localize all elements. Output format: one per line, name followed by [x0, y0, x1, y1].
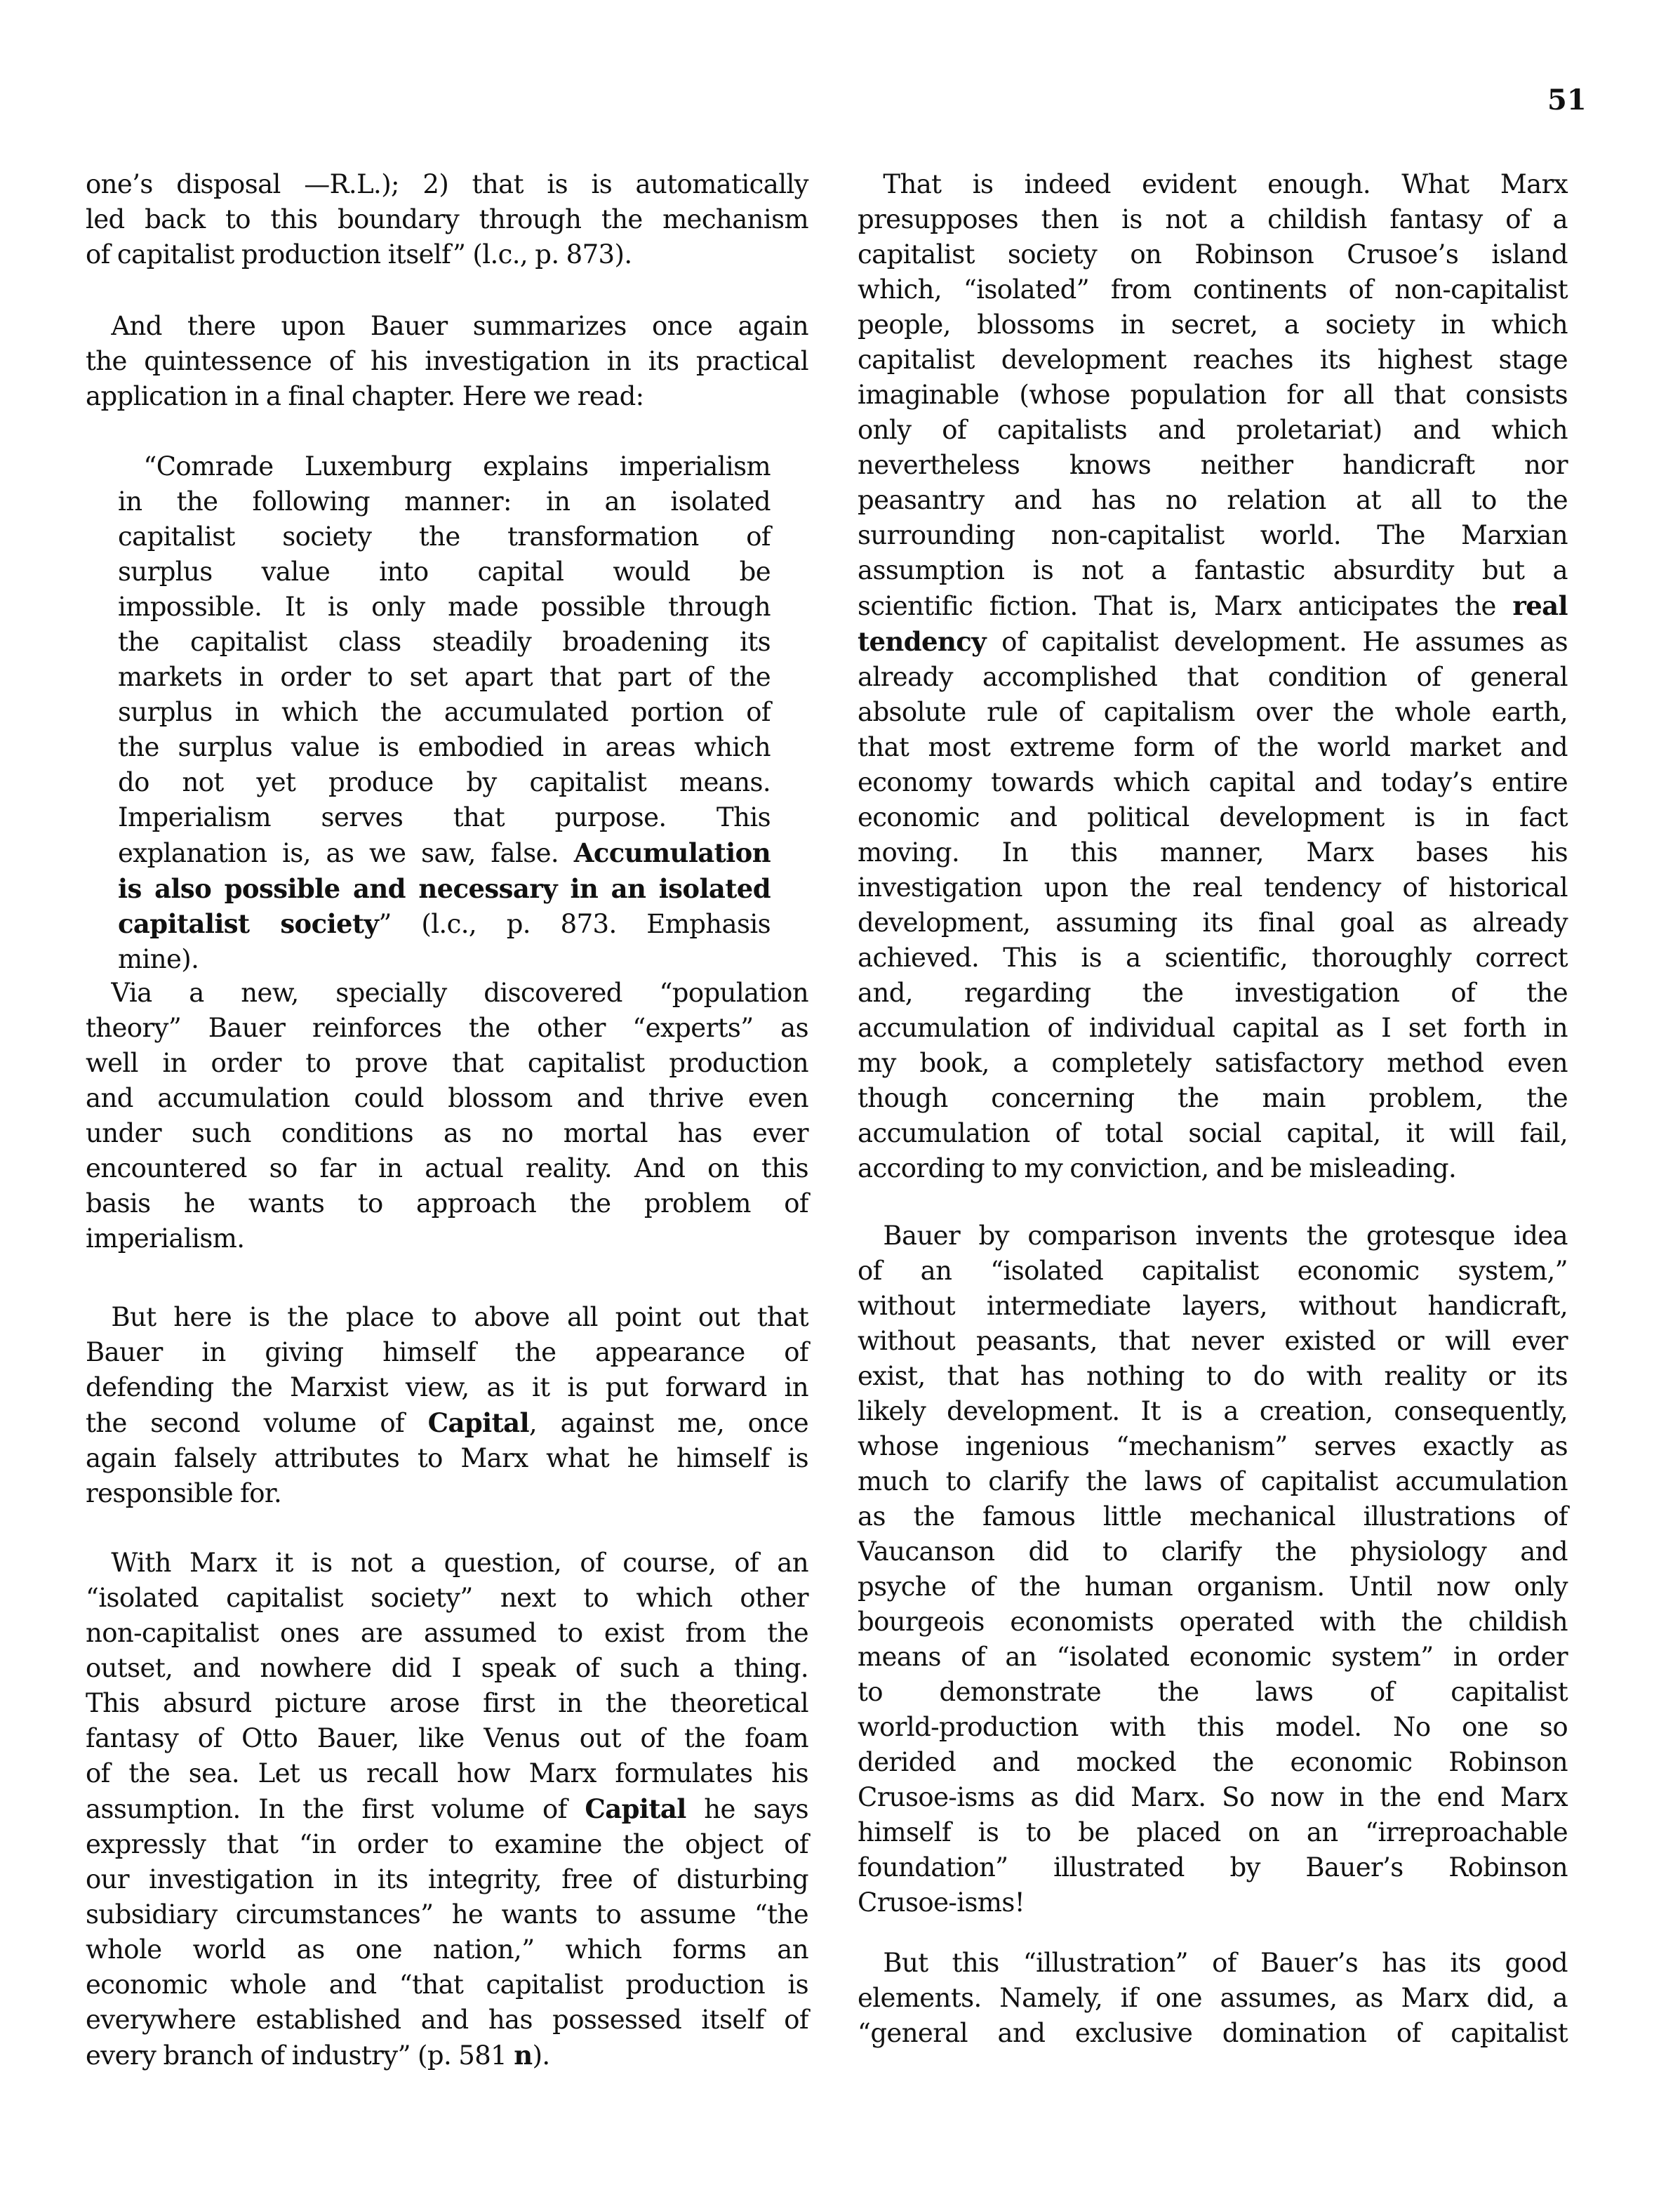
emphasis-line: is also possible and necessary in an iso…	[118, 871, 771, 906]
text-line: imaginable (whose population for all tha…	[858, 378, 1568, 413]
paragraph-grotesque-idea: Bauer by comparison invents the grotesqu…	[858, 1219, 1568, 1920]
text-line: world-production with this model. No one…	[858, 1710, 1568, 1745]
text-segment: , against me, once	[529, 1408, 808, 1438]
text-line: peasantry and has no relation at all to …	[858, 483, 1568, 518]
text-line: of an “isolated capitalist economic syst…	[858, 1254, 1568, 1289]
emphasis: tendency	[858, 626, 986, 657]
text-line: theory” Bauer reinforces the other “expe…	[86, 1011, 808, 1046]
text-line: Crusoe-isms!	[858, 1885, 1568, 1920]
text-line: do not yet produce by capitalist means.	[118, 765, 771, 800]
text-line: development, assuming its final goal as …	[858, 905, 1568, 941]
text-line: which, “isolated” from continents of non…	[858, 272, 1568, 307]
text-line: economy towards which capital and today’…	[858, 765, 1568, 800]
text-line: elements. Namely, if one assumes, as Mar…	[858, 1981, 1568, 2016]
text-line: himself is to be placed on an “irreproac…	[858, 1815, 1568, 1850]
text-line: outset, and nowhere did I speak of such …	[86, 1651, 808, 1686]
text-line: much to clarify the laws of capitalist a…	[858, 1464, 1568, 1499]
text-line: non-capitalist ones are assumed to exist…	[86, 1616, 808, 1651]
text-line: surrounding non-capitalist world. The Ma…	[858, 518, 1568, 553]
text-line: the surplus value is embodied in areas w…	[118, 730, 771, 765]
emphasis-capital: Capital	[428, 1407, 529, 1438]
text-line: capitalist society on Robinson Crusoe’s …	[858, 237, 1568, 272]
text-line: responsible for.	[86, 1476, 808, 1511]
text-line: and accumulation could blossom and thriv…	[86, 1081, 808, 1116]
text-line: as the famous little mechanical illustra…	[858, 1499, 1568, 1534]
paragraph-disposal: one’s disposal —R.L.); 2) that is is aut…	[86, 167, 808, 272]
text-line: explanation is, as we saw, false. Accumu…	[118, 835, 771, 871]
text-line: that most extreme form of the world mark…	[858, 730, 1568, 765]
text-line: markets in order to set apart that part …	[118, 660, 771, 695]
paragraph-population-theory: Via a new, specially discovered “populat…	[86, 976, 808, 1256]
text-line: economic and political development is in…	[858, 800, 1568, 835]
text-line: already accomplished that condition of g…	[858, 660, 1568, 695]
text-line: presupposes then is not a childish fanta…	[858, 202, 1568, 237]
text-line: of capitalist production itself” (l.c., …	[86, 237, 808, 272]
text-line: one’s disposal —R.L.); 2) that is is aut…	[86, 167, 808, 202]
text-line: Via a new, specially discovered “populat…	[86, 976, 808, 1011]
text-line: mine).	[118, 942, 771, 977]
text-line: likely development. It is a creation, co…	[858, 1394, 1568, 1429]
text-line: led back to this boundary through the me…	[86, 202, 808, 237]
text-line: capitalist society” (l.c., p. 873. Empha…	[118, 906, 771, 942]
text-segment: of capitalist development. He assumes as	[1001, 627, 1568, 657]
text-line: accumulation of total social capital, it…	[858, 1116, 1568, 1151]
emphasis: real	[1512, 590, 1568, 621]
text-line: fantasy of Otto Bauer, like Venus out of…	[86, 1721, 808, 1756]
text-line: investigation upon the real tendency of …	[858, 870, 1568, 905]
text-line: according to my conviction, and be misle…	[858, 1151, 1568, 1186]
text-line: foundation” illustrated by Bauer’s Robin…	[858, 1850, 1568, 1885]
text-line: accumulation of individual capital as I …	[858, 1011, 1568, 1046]
paragraph-evident-enough: That is indeed evident enough. What Marx…	[858, 167, 1568, 1186]
text-line: surplus in which the accumulated portion…	[118, 695, 771, 730]
text-line: surplus value into capital would be	[118, 555, 771, 590]
text-line: the capitalist class steadily broadening…	[118, 625, 771, 660]
text-line: though concerning the main problem, the	[858, 1081, 1568, 1116]
text-line: Imperialism serves that purpose. This	[118, 800, 771, 835]
text-line: scientific fiction. That is, Marx antici…	[858, 588, 1568, 624]
text-line: defending the Marxist view, as it is put…	[86, 1370, 808, 1405]
text-line: assumption is not a fantastic absurdity …	[858, 553, 1568, 588]
text-line: This absurd picture arose first in the t…	[86, 1686, 808, 1721]
text-line: subsidiary circumstances” he wants to as…	[86, 1897, 808, 1932]
emphasis: capitalist society	[118, 908, 378, 939]
emphasis: Accumulation	[574, 837, 771, 868]
text-line: But here is the place to above all point…	[86, 1300, 808, 1335]
text-line: Bauer in giving himself the appearance o…	[86, 1335, 808, 1370]
text-line: “isolated capitalist society” next to wh…	[86, 1581, 808, 1616]
text-line: our investigation in its integrity, free…	[86, 1862, 808, 1897]
text-line: economic whole and “that capitalist prod…	[86, 1967, 808, 2003]
text-line: every branch of industry” (p. 581 n).	[86, 2038, 808, 2073]
text-line: That is indeed evident enough. What Marx	[858, 167, 1568, 202]
text-line: of the sea. Let us recall how Marx formu…	[86, 1756, 808, 1791]
text-line: without intermediate layers, without han…	[858, 1289, 1568, 1324]
text-line: capitalist society the transformation of	[118, 519, 771, 555]
text-line: Crusoe-isms as did Marx. So now in the e…	[858, 1780, 1568, 1815]
text-line: to demonstrate the laws of capitalist	[858, 1675, 1568, 1710]
page-number: 51	[1547, 83, 1587, 118]
text-line: everywhere established and has possessed…	[86, 2003, 808, 2038]
emphasis-n: n	[514, 2040, 532, 2071]
text-line: my book, a completely satisfactory metho…	[858, 1046, 1568, 1081]
text-segment: every branch of industry” (p. 581	[86, 2040, 514, 2071]
text-line: only of capitalists and proletariat) and…	[858, 413, 1568, 448]
text-line: “general and exclusive domination of cap…	[858, 2016, 1568, 2051]
text-line: assumption. In the first volume of Capit…	[86, 1791, 808, 1827]
text-line: achieved. This is a scientific, thorough…	[858, 941, 1568, 976]
text-segment: the second volume of	[86, 1408, 428, 1438]
emphasis-capital: Capital	[585, 1793, 686, 1824]
text-segment: ” (l.c., p. 873. Emphasis	[378, 909, 771, 939]
text-line: nevertheless knows neither handicraft no…	[858, 448, 1568, 483]
text-line: absolute rule of capitalism over the who…	[858, 695, 1568, 730]
text-segment: he says	[686, 1794, 808, 1824]
text-line: expressly that “in order to examine the …	[86, 1827, 808, 1862]
paragraph-but-here: But here is the place to above all point…	[86, 1300, 808, 1511]
text-segment: assumption. In the first volume of	[86, 1794, 585, 1824]
text-line: and, regarding the investigation of the	[858, 976, 1568, 1011]
text-line: With Marx it is not a question, of cours…	[86, 1546, 808, 1581]
text-segment: explanation is, as we saw, false.	[118, 838, 559, 868]
text-line: people, blossoms in secret, a society in…	[858, 307, 1568, 343]
text-line: without peasants, that never existed or …	[858, 1324, 1568, 1359]
text-line: encountered so far in actual reality. An…	[86, 1151, 808, 1186]
text-line: basis he wants to approach the problem o…	[86, 1186, 808, 1221]
paragraph-with-marx: With Marx it is not a question, of cours…	[86, 1546, 808, 2073]
text-line: “Comrade Luxemburg explains imperialism	[118, 449, 771, 484]
text-line: in the following manner: in an isolated	[118, 484, 771, 519]
text-line: bourgeois economists operated with the c…	[858, 1605, 1568, 1640]
text-line: again falsely attributes to Marx what he…	[86, 1441, 808, 1476]
text-line: Vaucanson did to clarify the physiology …	[858, 1534, 1568, 1569]
text-line: application in a final chapter. Here we …	[86, 379, 808, 414]
text-line: whole world as one nation,” which forms …	[86, 1932, 808, 1967]
text-line: well in order to prove that capitalist p…	[86, 1046, 808, 1081]
text-line: under such conditions as no mortal has e…	[86, 1116, 808, 1151]
text-line: And there upon Bauer summarizes once aga…	[86, 309, 808, 344]
text-segment: scientific fiction. That is, Marx antici…	[858, 591, 1512, 621]
paragraph-summarizes: And there upon Bauer summarizes once aga…	[86, 309, 808, 414]
text-line: means of an “isolated economic system” i…	[858, 1640, 1568, 1675]
block-quote: “Comrade Luxemburg explains imperialism …	[118, 449, 771, 977]
text-line: the quintessence of his investigation in…	[86, 344, 808, 379]
text-line: capitalist development reaches its highe…	[858, 343, 1568, 378]
text-line: impossible. It is only made possible thr…	[118, 590, 771, 625]
text-line: imperialism.	[86, 1221, 808, 1256]
text-line: But this “illustration” of Bauer’s has i…	[858, 1946, 1568, 1981]
text-line: tendency of capitalist development. He a…	[858, 624, 1568, 660]
text-segment: ).	[533, 2040, 550, 2071]
text-line: whose ingenious “mechanism” serves exact…	[858, 1429, 1568, 1464]
text-line: psyche of the human organism. Until now …	[858, 1569, 1568, 1605]
text-line: the second volume of Capital, against me…	[86, 1405, 808, 1441]
text-line: moving. In this manner, Marx bases his	[858, 835, 1568, 870]
text-line: exist, that has nothing to do with reali…	[858, 1359, 1568, 1394]
paragraph-illustration: But this “illustration” of Bauer’s has i…	[858, 1946, 1568, 2051]
text-line: Bauer by comparison invents the grotesqu…	[858, 1219, 1568, 1254]
text-line: derided and mocked the economic Robinson	[858, 1745, 1568, 1780]
